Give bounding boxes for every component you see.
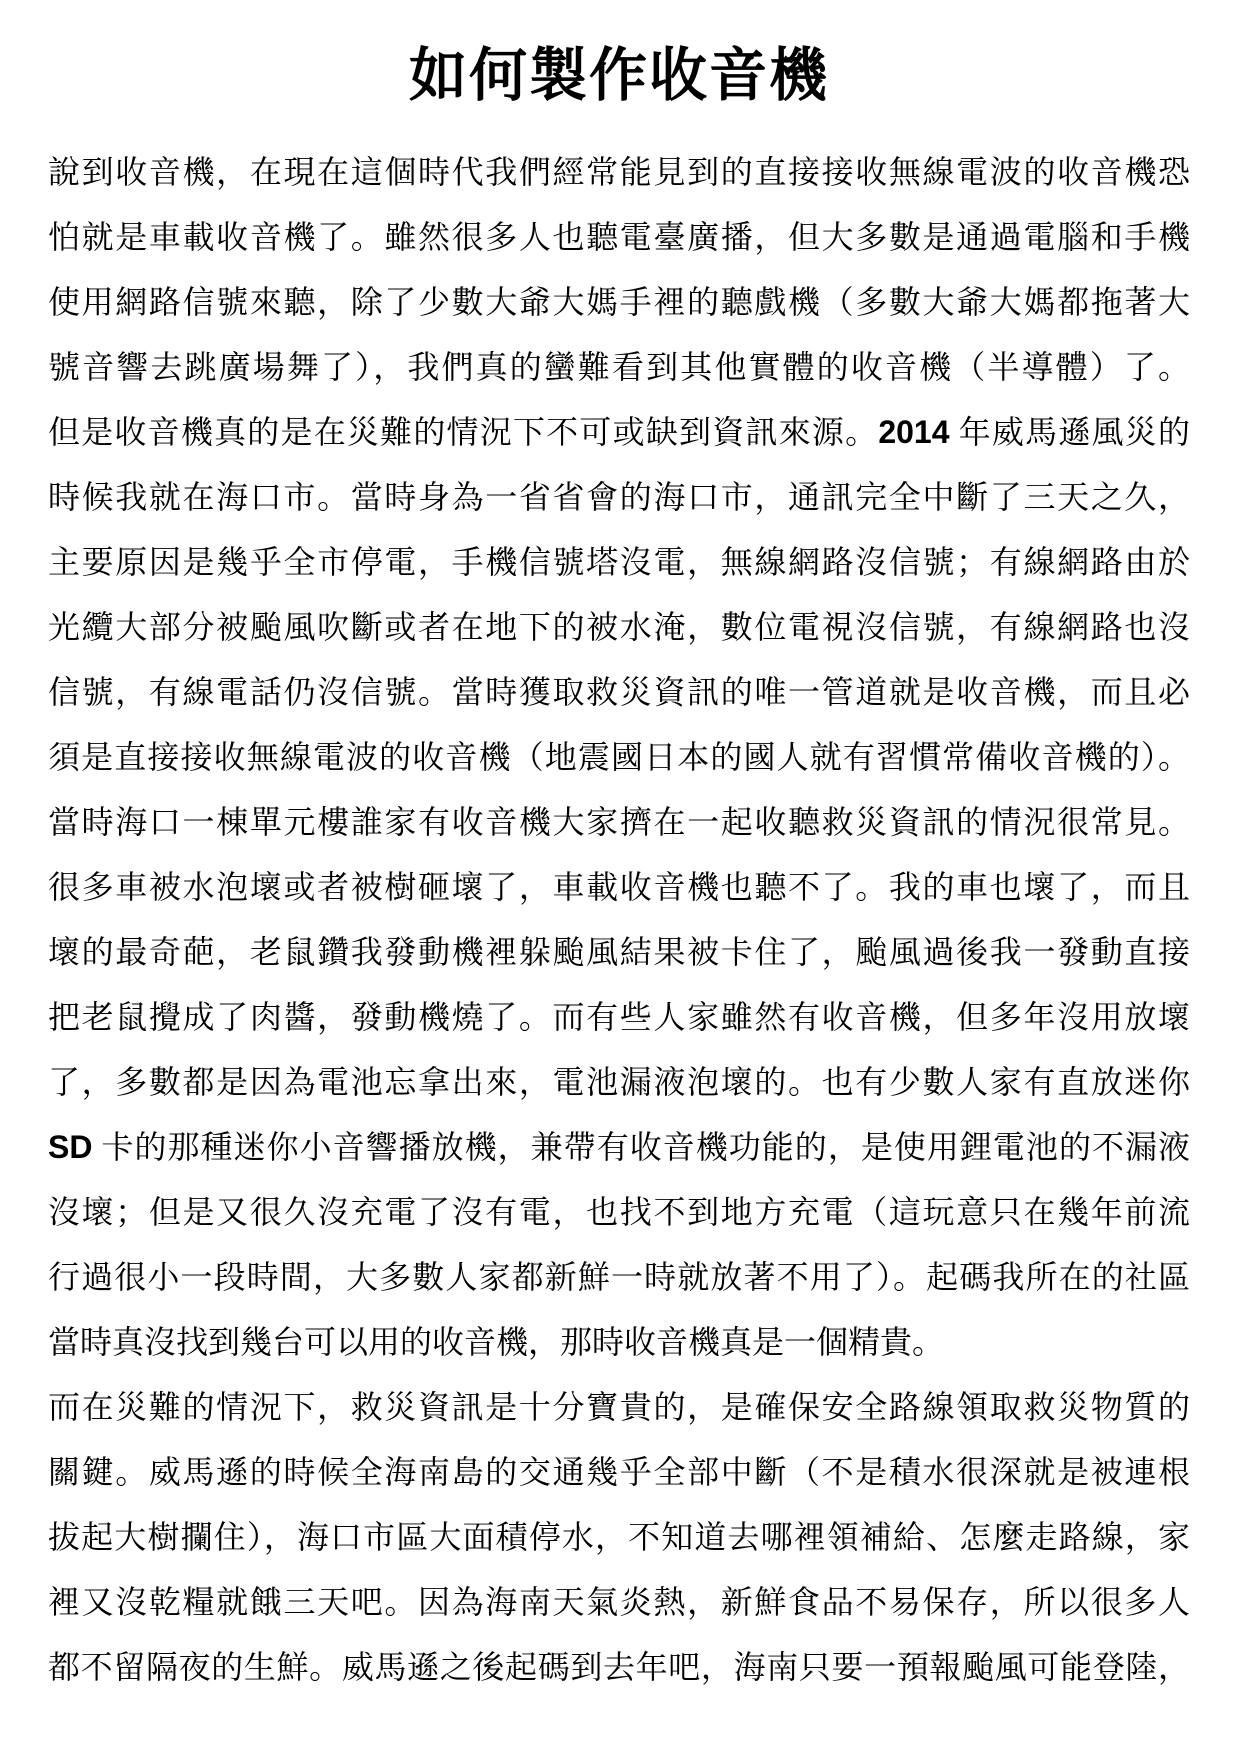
text-segment: 須是直接接收無線電波的收音機（地震國日本的國人就有習慣常備收音機的）。: [48, 739, 1190, 775]
text-line: 行過很小一段時間，大多數人家都新鮮一時就放著不用了）。起碼我所在的社區: [48, 1245, 1190, 1310]
text-segment: 信號，有線電話仍沒信號。當時獲取救災資訊的唯一管道就是收音機，而且必: [48, 674, 1190, 710]
text-segment: 怕就是車載收音機了。雖然很多人也聽電臺廣播，但大多數是通過電腦和手機: [48, 219, 1190, 255]
text-segment: 而在災難的情況下，救災資訊是十分寶貴的，是確保安全路線領取救災物質的: [48, 1389, 1190, 1425]
text-line: 時候我就在海口市。當時身為一省省會的海口市，通訊完全中斷了三天之久，: [48, 465, 1190, 530]
text-segment: 當時海口一棟單元樓誰家有收音機大家擠在一起收聽救災資訊的情況很常見。: [48, 804, 1190, 840]
text-line: 但是收音機真的是在災難的情況下不可或缺到資訊來源。2014 年威馬遜風災的: [48, 400, 1190, 465]
bold-text-segment: 2014: [878, 414, 949, 450]
text-line: 很多車被水泡壞或者被樹砸壞了，車載收音機也聽不了。我的車也壞了，而且: [48, 855, 1190, 920]
text-line: 拔起大樹攔住），海口市區大面積停水，不知道去哪裡領補給、怎麼走路線，家: [48, 1505, 1190, 1570]
document-page: 如何製作收音機 說到收音機，在現在這個時代我們經常能見到的直接接收無線電波的收音…: [0, 0, 1240, 1700]
text-segment: 光纜大部分被颱風吹斷或者在地下的被水淹，數位電視沒信號，有線網路也沒: [48, 609, 1190, 645]
text-line: 信號，有線電話仍沒信號。當時獲取救災資訊的唯一管道就是收音機，而且必: [48, 660, 1190, 725]
text-line: 須是直接接收無線電波的收音機（地震國日本的國人就有習慣常備收音機的）。: [48, 725, 1190, 790]
paragraph: 而在災難的情況下，救災資訊是十分寶貴的，是確保安全路線領取救災物質的關鍵。威馬遜…: [48, 1375, 1190, 1700]
text-segment: 行過很小一段時間，大多數人家都新鮮一時就放著不用了）。起碼我所在的社區: [48, 1259, 1190, 1295]
text-segment: 裡又沒乾糧就餓三天吧。因為海南天氣炎熱，新鮮食品不易保存，所以很多人: [48, 1584, 1190, 1620]
text-segment: 當時真沒找到幾台可以用的收音機，那時收音機真是一個精貴。: [48, 1324, 944, 1360]
text-line: 壞的最奇葩，老鼠鑽我發動機裡躲颱風結果被卡住了，颱風過後我一發動直接: [48, 920, 1190, 985]
text-line: 關鍵。威馬遜的時候全海南島的交通幾乎全部中斷（不是積水很深就是被連根: [48, 1440, 1190, 1505]
text-segment: 年威馬遜風災的: [950, 414, 1190, 450]
text-segment: 了，多數都是因為電池忘拿出來，電池漏液泡壞的。也有少數人家有直放迷你: [48, 1064, 1190, 1100]
text-line: 光纜大部分被颱風吹斷或者在地下的被水淹，數位電視沒信號，有線網路也沒: [48, 595, 1190, 660]
text-line: 使用網路信號來聽，除了少數大爺大媽手裡的聽戲機（多數大爺大媽都拖著大: [48, 270, 1190, 335]
text-segment: 但是收音機真的是在災難的情況下不可或缺到資訊來源。: [48, 414, 878, 450]
text-line: 了，多數都是因為電池忘拿出來，電池漏液泡壞的。也有少數人家有直放迷你: [48, 1050, 1190, 1115]
text-segment: 很多車被水泡壞或者被樹砸壞了，車載收音機也聽不了。我的車也壞了，而且: [48, 869, 1190, 905]
text-line: SD 卡的那種迷你小音響播放機，兼帶有收音機功能的，是使用鋰電池的不漏液: [48, 1115, 1190, 1180]
text-line: 裡又沒乾糧就餓三天吧。因為海南天氣炎熱，新鮮食品不易保存，所以很多人: [48, 1570, 1190, 1635]
text-segment: 沒壞；但是又很久沒充電了沒有電，也找不到地方充電（這玩意只在幾年前流: [48, 1194, 1190, 1230]
text-line: 號音響去跳廣場舞了），我們真的蠻難看到其他實體的收音機（半導體）了。: [48, 335, 1190, 400]
document-body: 說到收音機，在現在這個時代我們經常能見到的直接接收無線電波的收音機恐怕就是車載收…: [48, 140, 1190, 1700]
document-title: 如何製作收音機: [48, 40, 1190, 112]
text-line: 沒壞；但是又很久沒充電了沒有電，也找不到地方充電（這玩意只在幾年前流: [48, 1180, 1190, 1245]
text-line: 都不留隔夜的生鮮。威馬遜之後起碼到去年吧，海南只要一預報颱風可能登陸，: [48, 1635, 1190, 1700]
text-line: 當時真沒找到幾台可以用的收音機，那時收音機真是一個精貴。: [48, 1310, 1190, 1375]
text-segment: 號音響去跳廣場舞了），我們真的蠻難看到其他實體的收音機（半導體）了。: [48, 349, 1190, 385]
text-segment: 說到收音機，在現在這個時代我們經常能見到的直接接收無線電波的收音機恐: [48, 154, 1190, 190]
text-segment: 卡的那種迷你小音響播放機，兼帶有收音機功能的，是使用鋰電池的不漏液: [92, 1129, 1190, 1165]
text-line: 說到收音機，在現在這個時代我們經常能見到的直接接收無線電波的收音機恐: [48, 140, 1190, 205]
text-line: 怕就是車載收音機了。雖然很多人也聽電臺廣播，但大多數是通過電腦和手機: [48, 205, 1190, 270]
text-segment: 關鍵。威馬遜的時候全海南島的交通幾乎全部中斷（不是積水很深就是被連根: [48, 1454, 1190, 1490]
text-segment: 都不留隔夜的生鮮。威馬遜之後起碼到去年吧，海南只要一預報颱風可能登陸，: [48, 1649, 1190, 1685]
paragraph: 說到收音機，在現在這個時代我們經常能見到的直接接收無線電波的收音機恐怕就是車載收…: [48, 140, 1190, 1375]
text-segment: 時候我就在海口市。當時身為一省省會的海口市，通訊完全中斷了三天之久，: [48, 479, 1190, 515]
bold-text-segment: SD: [48, 1129, 92, 1165]
text-line: 把老鼠攪成了肉醬，發動機燒了。而有些人家雖然有收音機，但多年沒用放壞: [48, 985, 1190, 1050]
text-line: 而在災難的情況下，救災資訊是十分寶貴的，是確保安全路線領取救災物質的: [48, 1375, 1190, 1440]
text-line: 當時海口一棟單元樓誰家有收音機大家擠在一起收聽救災資訊的情況很常見。: [48, 790, 1190, 855]
text-segment: 拔起大樹攔住），海口市區大面積停水，不知道去哪裡領補給、怎麼走路線，家: [48, 1519, 1190, 1555]
text-segment: 主要原因是幾乎全市停電，手機信號塔沒電，無線網路沒信號；有線網路由於: [48, 544, 1190, 580]
text-segment: 壞的最奇葩，老鼠鑽我發動機裡躲颱風結果被卡住了，颱風過後我一發動直接: [48, 934, 1190, 970]
text-segment: 使用網路信號來聽，除了少數大爺大媽手裡的聽戲機（多數大爺大媽都拖著大: [48, 284, 1190, 320]
text-line: 主要原因是幾乎全市停電，手機信號塔沒電，無線網路沒信號；有線網路由於: [48, 530, 1190, 595]
text-segment: 把老鼠攪成了肉醬，發動機燒了。而有些人家雖然有收音機，但多年沒用放壞: [48, 999, 1190, 1035]
